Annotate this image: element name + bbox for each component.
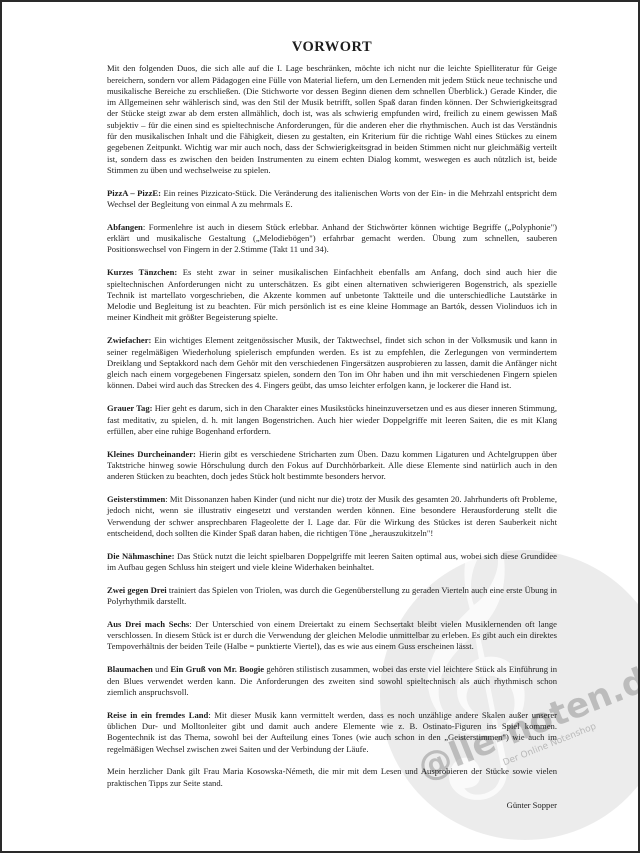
page-title: VORWORT — [107, 42, 557, 53]
thanks-paragraph: Mein herzlicher Dank gilt Frau Maria Kos… — [107, 766, 557, 789]
piece-title: Zwei gegen Drei — [107, 585, 167, 595]
piece-paragraph-abfangen: Abfangen: Formenlehre ist auch in diesem… — [107, 222, 557, 256]
piece-description: : Formenlehre ist auch in diesem Stück e… — [107, 222, 557, 255]
piece-title: Die Nähmaschine: — [107, 551, 174, 561]
conjunction: und — [153, 664, 171, 674]
piece-title: Blaumachen — [107, 664, 153, 674]
piece-description: Das Stück nutzt die leicht spielbaren Do… — [107, 551, 557, 572]
piece-paragraph-kleines-durcheinander: Kleines Durcheinander: Hierin gibt es ve… — [107, 449, 557, 483]
piece-description: Ein wichtiges Element zeitgenössischer M… — [107, 335, 557, 390]
piece-title: Reise in ein fremdes Land — [107, 710, 208, 720]
piece-title: Grauer Tag: — [107, 403, 153, 413]
piece-description: trainiert das Spielen von Triolen, was d… — [107, 585, 557, 606]
piece-paragraph-grauer-tag: Grauer Tag: Hier geht es darum, sich in … — [107, 403, 557, 437]
piece-paragraph-zwiefacher: Zwiefacher: Ein wichtiges Element zeitge… — [107, 335, 557, 391]
piece-title: Kurzes Tänzchen: — [107, 267, 177, 277]
author-signature: Günter Sopper — [107, 800, 557, 811]
piece-title: Geisterstimmen — [107, 494, 165, 504]
piece-title: Ein Gruß von Mr. Boogie — [170, 664, 264, 674]
piece-title: PizzA – PizzE: — [107, 188, 161, 198]
piece-title: Aus Drei mach Sechs — [107, 619, 189, 629]
piece-paragraph-blues: Blaumachen und Ein Gruß von Mr. Boogie g… — [107, 664, 557, 698]
piece-description: : Mit Dissonanzen haben Kinder (und nich… — [107, 494, 557, 538]
piece-paragraph-reise: Reise in ein fremdes Land: Mit dieser Mu… — [107, 710, 557, 755]
piece-paragraph-zwei-gegen-drei: Zwei gegen Drei trainiert das Spielen vo… — [107, 585, 557, 608]
document-body: VORWORT Mit den folgenden Duos, die sich… — [107, 2, 557, 812]
document-page: 𝄞 @lle-noten.de Der Online Notenshop VOR… — [0, 0, 640, 853]
piece-paragraph-geisterstimmen: Geisterstimmen: Mit Dissonanzen haben Ki… — [107, 494, 557, 539]
piece-paragraph-kurzes-taenzchen: Kurzes Tänzchen: Es steht zwar in seiner… — [107, 267, 557, 323]
piece-paragraph-pizza: PizzA – PizzE: Ein reines Pizzicato-Stüc… — [107, 188, 557, 211]
piece-title: Zwiefacher: — [107, 335, 151, 345]
piece-paragraph-aus-drei-mach-sechs: Aus Drei mach Sechs: Der Unterschied von… — [107, 619, 557, 653]
piece-description: Ein reines Pizzicato-Stück. Die Veränder… — [107, 188, 557, 209]
piece-title: Kleines Durcheinander: — [107, 449, 196, 459]
piece-paragraph-naehmaschine: Die Nähmaschine: Das Stück nutzt die lei… — [107, 551, 557, 574]
piece-description: Hier geht es darum, sich in den Charakte… — [107, 403, 557, 436]
piece-title: Abfangen — [107, 222, 143, 232]
intro-paragraph: Mit den folgenden Duos, die sich alle au… — [107, 63, 557, 176]
